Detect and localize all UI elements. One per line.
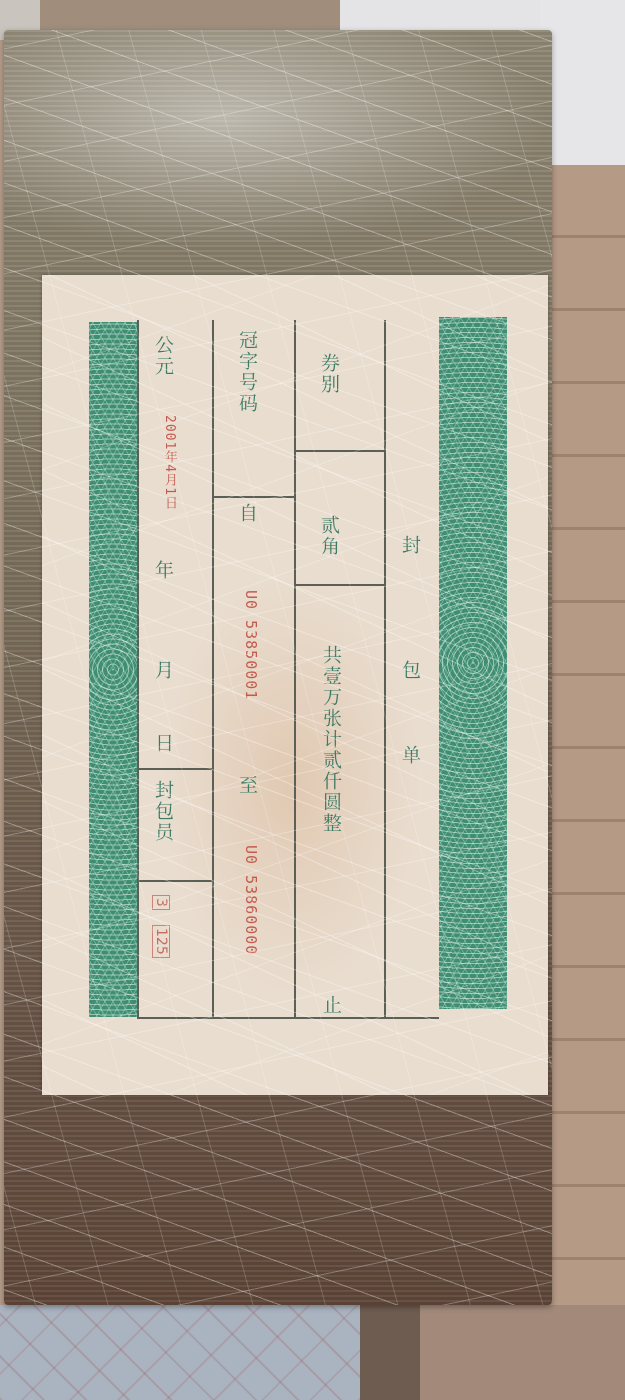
background-bottom	[0, 1305, 625, 1400]
plaid-fabric	[0, 1305, 360, 1400]
plastic-wrap	[4, 30, 552, 1305]
wrapped-box: 封 包 单 券别 贰角 共壹万张计贰仟圆整 止 冠字号码 自 U0 538500…	[4, 30, 552, 1305]
background-sofa	[540, 0, 625, 1400]
quilt-pattern	[540, 165, 625, 1310]
